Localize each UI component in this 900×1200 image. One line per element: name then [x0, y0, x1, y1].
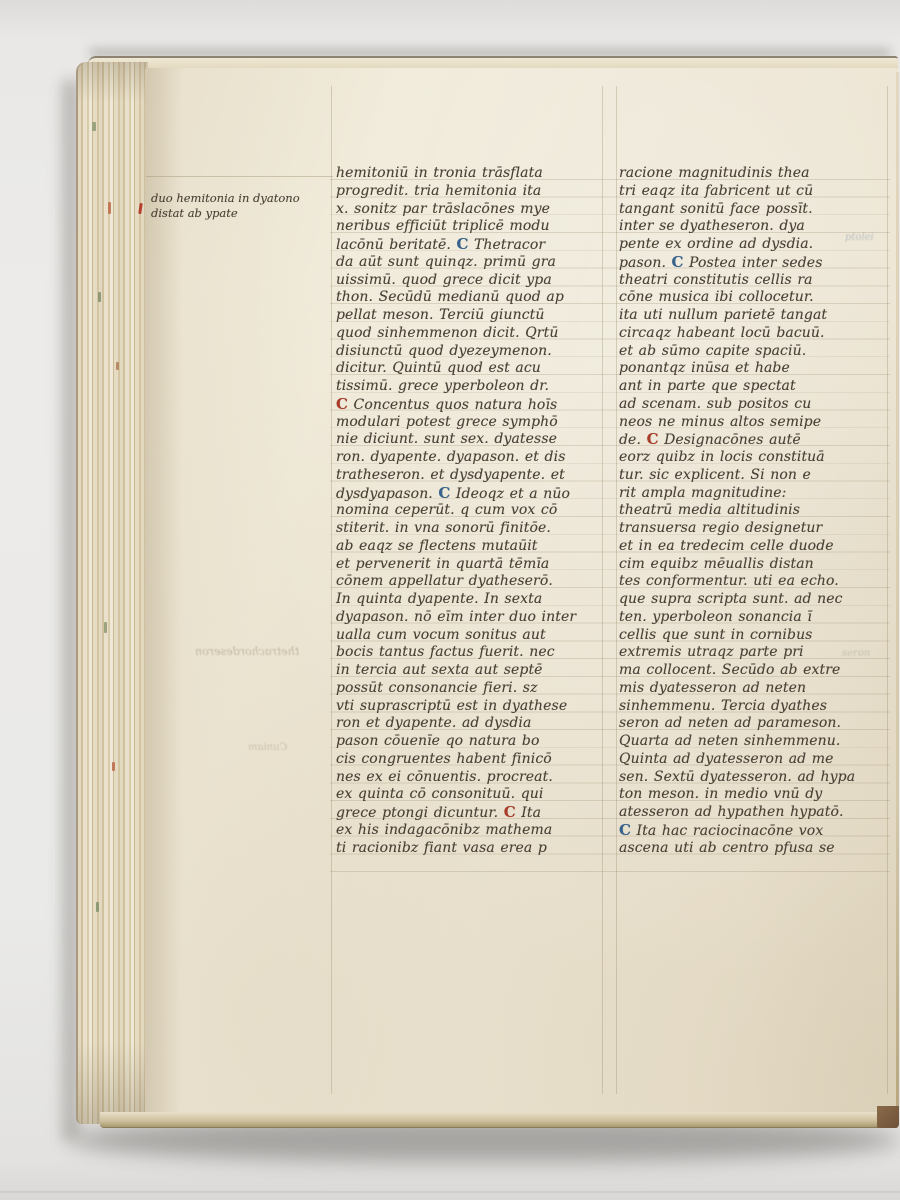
text-line: rit ampla magnitudine:	[619, 485, 891, 503]
text-segment: ita uti nullum parietē tangat	[619, 307, 827, 323]
text-line: In quinta dyapente. In sexta	[336, 591, 604, 609]
text-line: ron et dyapente. ad dysdia	[336, 715, 604, 733]
text-segment: transuersa regio designetur	[619, 520, 822, 536]
text-line: tratheseron. et dysdyapente. et	[336, 467, 604, 485]
text-line: tissimū. grece yperboleon dr.	[336, 378, 604, 396]
text-segment: bocis tantus factus fuerit. nec	[336, 644, 555, 660]
text-line: dyapason. nō eīm inter duo inter	[336, 609, 604, 627]
text-line: ant in parte que spectat	[619, 378, 891, 396]
text-line: atesseron ad hypathen hypatō.	[619, 804, 891, 822]
text-segment: theatrū media altitudinis	[619, 502, 800, 518]
text-segment: et ab sūmo capite spaciū.	[619, 343, 806, 359]
text-line: ad scenam. sub positos cu	[619, 396, 891, 414]
text-line: mis dyatesseron ad neten	[619, 680, 891, 698]
text-line: x. sonitz par trāslacōnes mye	[336, 201, 604, 219]
marginal-note-line: duo hemitonia in dyatono	[151, 191, 351, 206]
text-line: possūt consonancie fieri. sz	[336, 680, 604, 698]
text-segment: Postea inter sedes	[684, 255, 823, 271]
text-line: ten. yperboleon sonancia ī	[619, 609, 891, 627]
text-segment: ponantqz inūsa et habe	[619, 360, 790, 376]
text-line: bocis tantus factus fuerit. nec	[336, 644, 604, 662]
text-line: ualla cum vocum sonitus aut	[336, 627, 604, 645]
text-line: neos ne minus altos semipe	[619, 414, 891, 432]
text-segment: extremis utraqz parte pri	[619, 644, 804, 660]
text-line: cim equibz mēuallis distan	[619, 556, 891, 574]
text-line: ponantqz inūsa et habe	[619, 360, 891, 378]
page-edge-fleck	[96, 902, 99, 912]
text-line: C Concentus quos natura hoīs	[336, 396, 604, 414]
text-line: nomina ceperūt. q cum vox cō	[336, 502, 604, 520]
text-segment: racione magnitudinis thea	[619, 165, 810, 181]
capitulum-mark: C	[619, 821, 631, 839]
text-segment: ex his indagacōnibz mathema	[336, 822, 552, 838]
text-segment: dicitur. Quintū quod est acu	[336, 360, 541, 376]
text-line: ti racionibz fiant vasa erea p	[336, 840, 604, 858]
text-line: cōne musica ibi collocetur.	[619, 289, 891, 307]
ruling-vertical-line	[331, 86, 332, 1094]
text-segment: Concentus quos natura hoīs	[348, 397, 557, 413]
text-line: racione magnitudinis thea	[619, 165, 891, 183]
text-line: sinhemmenu. Tercia dyathes	[619, 698, 891, 716]
capitulum-mark: C	[336, 395, 348, 413]
text-segment: mis dyatesseron ad neten	[619, 680, 806, 696]
text-segment: et pervenerit in quartā tēmīa	[336, 556, 549, 572]
text-segment: et in ea tredecim celle duode	[619, 538, 834, 554]
text-line: ascena uti ab centro pfusa se	[619, 840, 891, 858]
text-line: progredit. tria hemitonia ita	[336, 183, 604, 201]
text-segment: eorz quibz in locis constituā	[619, 449, 825, 465]
text-segment: circaqz habeant locū bacuū.	[619, 325, 825, 341]
text-segment: tratheseron. et dysdyapente. et	[336, 467, 565, 483]
text-line: et in ea tredecim celle duode	[619, 538, 891, 556]
text-line: tri eaqz ita fabricent ut cū	[619, 183, 891, 201]
text-line: uissimū. quod grece dicit ypa	[336, 272, 604, 290]
text-segment: neos ne minus altos semipe	[619, 414, 821, 430]
text-line: transuersa regio designetur	[619, 520, 891, 538]
text-line: da aūt sunt quinqz. primū gra	[336, 254, 604, 272]
text-segment: rit ampla magnitudine:	[619, 485, 786, 501]
text-segment: Quarta ad neten sinhemmenu.	[619, 733, 840, 749]
text-line: dicitur. Quintū quod est acu	[336, 360, 604, 378]
text-segment: atesseron ad hypathen hypatō.	[619, 804, 844, 820]
text-line: Quarta ad neten sinhemmenu.	[619, 733, 891, 751]
page-right-edge	[896, 72, 899, 1116]
text-line: in tercia aut sexta aut septē	[336, 662, 604, 680]
text-line: que supra scripta sunt. ad nec	[619, 591, 891, 609]
text-line: C Ita hac raciocinacōne vox	[619, 822, 891, 840]
text-segment: ron et dyapente. ad dysdia	[336, 715, 531, 731]
text-segment: hemitoniū in tronia trāsflata	[336, 165, 543, 181]
text-segment: tissimū. grece yperboleon dr.	[336, 378, 549, 394]
text-line: ma collocent. Secūdo ab extre	[619, 662, 891, 680]
text-line: circaqz habeant locū bacuū.	[619, 325, 891, 343]
text-segment: In quinta dyapente. In sexta	[336, 591, 542, 607]
text-segment: ad scenam. sub positos cu	[619, 396, 811, 412]
text-segment: inter se dyatheseron. dya	[619, 218, 805, 234]
text-segment: tangant sonitū face possīt.	[619, 201, 813, 217]
text-line: sen. Sextū dyatesseron. ad hypa	[619, 769, 891, 787]
page-edge-stack	[76, 62, 148, 1124]
text-line: modulari potest grece symphō	[336, 414, 604, 432]
text-line: hemitoniū in tronia trāsflata	[336, 165, 604, 183]
text-segment: ma collocent. Secūdo ab extre	[619, 662, 840, 678]
text-line: disiunctū quod dyezeymenon.	[336, 343, 604, 361]
text-line: ron. dyapente. dyapason. et dis	[336, 449, 604, 467]
marginal-note-line: distat ab ypate	[151, 206, 351, 221]
ruling-horizontal-margin-line	[146, 176, 333, 177]
text-segment: quod sinhemmenon dicit. Qrtū	[336, 325, 558, 341]
text-line: pason. C Postea inter sedes	[619, 254, 891, 272]
text-segment: Ita hac raciocinacōne vox	[631, 823, 823, 839]
text-segment: sinhemmenu. Tercia dyathes	[619, 698, 827, 714]
text-segment: pason.	[619, 255, 672, 271]
text-segment: uissimū. quod grece dicit ypa	[336, 272, 552, 288]
bleedthrough-text: thetrachordeseron	[195, 645, 299, 658]
text-line: cis congruentes habent finicō	[336, 751, 604, 769]
text-line: grece ptongi dicuntur. C Ita	[336, 804, 604, 822]
capitulum-mark: C	[672, 253, 684, 271]
page-edge-fleck	[104, 622, 107, 633]
text-line: ton meson. in medio vnū dy	[619, 786, 891, 804]
page-edge-fleck	[116, 362, 119, 370]
text-segment: lacōnū beritatē.	[336, 237, 456, 253]
text-line: thon. Secūdū medianū quod ap	[336, 289, 604, 307]
text-segment: da aūt sunt quinqz. primū gra	[336, 254, 556, 270]
bleedthrough-text: ptolei	[845, 232, 874, 243]
text-column-right: racione magnitudinis theatri eaqz ita fa…	[619, 165, 891, 857]
text-segment: nomina ceperūt. q cum vox cō	[336, 502, 557, 518]
text-line: Quinta ad dyatesseron ad me	[619, 751, 891, 769]
text-segment: nes ex ei cōnuentis. procreat.	[336, 769, 553, 785]
capitulum-mark: C	[647, 430, 659, 448]
text-segment: ascena uti ab centro pfusa se	[619, 840, 835, 856]
text-segment: ant in parte que spectat	[619, 378, 796, 394]
text-segment: disiunctū quod dyezeymenon.	[336, 343, 552, 359]
text-line: tangant sonitū face possīt.	[619, 201, 891, 219]
page-edge-fleck	[92, 122, 96, 131]
text-segment: cim equibz mēuallis distan	[619, 556, 814, 572]
text-segment: dyapason. nō eīm inter duo inter	[336, 609, 576, 625]
text-segment: cōnem appellatur dyatheserō.	[336, 573, 553, 589]
text-segment: sen. Sextū dyatesseron. ad hypa	[619, 769, 855, 785]
text-segment: neribus efficiūt triplicē modu	[336, 218, 550, 234]
text-segment: in tercia aut sexta aut septē	[336, 662, 543, 678]
text-segment: x. sonitz par trāslacōnes mye	[336, 201, 550, 217]
text-segment: theatri constitutis cellis ra	[619, 272, 813, 288]
bleedthrough-text: seron	[842, 648, 870, 659]
marginal-note: duo hemitonia in dyatono distat ab ypate	[151, 191, 351, 221]
text-segment: possūt consonancie fieri. sz	[336, 680, 538, 696]
ruling-vertical-line	[616, 86, 617, 1094]
text-segment: Designacōnes autē	[659, 432, 801, 448]
capitulum-mark: C	[504, 803, 516, 821]
text-column-left: hemitoniū in tronia trāsflataprogredit. …	[336, 165, 604, 857]
bleedthrough-text: Cuniam	[248, 742, 287, 753]
text-line: ex quinta cō consonituū. qui	[336, 786, 604, 804]
page-edge-fleck	[108, 202, 111, 214]
text-segment: Ideoqz et a nūo	[450, 486, 570, 502]
text-line: tur. sic explicent. Si non e	[619, 467, 891, 485]
text-line: et ab sūmo capite spaciū.	[619, 343, 891, 361]
text-segment: nie diciunt. sunt sex. dyatesse	[336, 431, 557, 447]
text-segment: de.	[619, 432, 647, 448]
text-line: cōnem appellatur dyatheserō.	[336, 573, 604, 591]
text-segment: progredit. tria hemitonia ita	[336, 183, 541, 199]
text-line: theatrū media altitudinis	[619, 502, 891, 520]
text-line: eorz quibz in locis constituā	[619, 449, 891, 467]
text-line: cellis que sunt in cornibus	[619, 627, 891, 645]
text-line: quod sinhemmenon dicit. Qrtū	[336, 325, 604, 343]
page-edge-fleck	[112, 762, 115, 771]
text-segment: grece ptongi dicuntur.	[336, 805, 504, 821]
text-segment: seron ad neten ad parameson.	[619, 715, 841, 731]
text-segment: pellat meson. Terciū giunctū	[336, 307, 545, 323]
text-segment: stiterit. in vna sonorū finitōe.	[336, 520, 551, 536]
capitulum-mark: C	[456, 235, 468, 253]
text-line: neribus efficiūt triplicē modu	[336, 218, 604, 236]
capitulum-mark: C	[438, 484, 450, 502]
text-segment: Thetracor	[468, 237, 545, 253]
text-line: seron ad neten ad parameson.	[619, 715, 891, 733]
text-line: lacōnū beritatē. C Thetracor	[336, 236, 604, 254]
text-segment: thon. Secūdū medianū quod ap	[336, 289, 564, 305]
text-segment: cellis que sunt in cornibus	[619, 627, 812, 643]
text-line: nie diciunt. sunt sex. dyatesse	[336, 431, 604, 449]
text-segment: tes conformentur. uti ea echo.	[619, 573, 839, 589]
text-line: tes conformentur. uti ea echo.	[619, 573, 891, 591]
text-segment: ex quinta cō consonituū. qui	[336, 786, 543, 802]
text-line: pellat meson. Terciū giunctū	[336, 307, 604, 325]
text-line: ita uti nullum parietē tangat	[619, 307, 891, 325]
text-line: theatri constitutis cellis ra	[619, 272, 891, 290]
text-segment: ton meson. in medio vnū dy	[619, 786, 822, 802]
page-bottom-edge	[100, 1112, 898, 1128]
text-segment: Quinta ad dyatesseron ad me	[619, 751, 834, 767]
text-line: et pervenerit in quartā tēmīa	[336, 556, 604, 574]
backdrop-edge-line	[0, 1191, 900, 1193]
text-line: nes ex ei cōnuentis. procreat.	[336, 769, 604, 787]
text-segment: modulari potest grece symphō	[336, 414, 558, 430]
text-line: de. C Designacōnes autē	[619, 431, 891, 449]
text-segment: ab eaqz se flectens mutaūit	[336, 538, 538, 554]
text-segment: pente ex ordine ad dysdia.	[619, 236, 813, 252]
text-segment: vti suprascriptū est in dyathese	[336, 698, 567, 714]
text-segment: ron. dyapente. dyapason. et dis	[336, 449, 565, 465]
text-segment: cōne musica ibi collocetur.	[619, 289, 814, 305]
text-segment: ualla cum vocum sonitus aut	[336, 627, 546, 643]
text-line: dysdyapason. C Ideoqz et a nūo	[336, 485, 604, 503]
text-segment: que supra scripta sunt. ad nec	[619, 591, 843, 607]
book-cover-corner	[877, 1106, 899, 1128]
text-segment: pason cōuenīe qo natura bo	[336, 733, 540, 749]
text-line: vti suprascriptū est in dyathese	[336, 698, 604, 716]
text-segment: ti racionibz fiant vasa erea p	[336, 840, 547, 856]
text-line: stiterit. in vna sonorū finitōe.	[336, 520, 604, 538]
text-segment: Ita	[516, 805, 541, 821]
text-segment: ten. yperboleon sonancia ī	[619, 609, 812, 625]
text-segment: cis congruentes habent finicō	[336, 751, 552, 767]
text-line: ab eaqz se flectens mutaūit	[336, 538, 604, 556]
text-line: ex his indagacōnibz mathema	[336, 822, 604, 840]
text-segment: tri eaqz ita fabricent ut cū	[619, 183, 813, 199]
text-line: pason cōuenīe qo natura bo	[336, 733, 604, 751]
page-edge-fleck	[98, 292, 101, 302]
text-segment: tur. sic explicent. Si non e	[619, 467, 811, 483]
text-segment: dysdyapason.	[336, 486, 438, 502]
